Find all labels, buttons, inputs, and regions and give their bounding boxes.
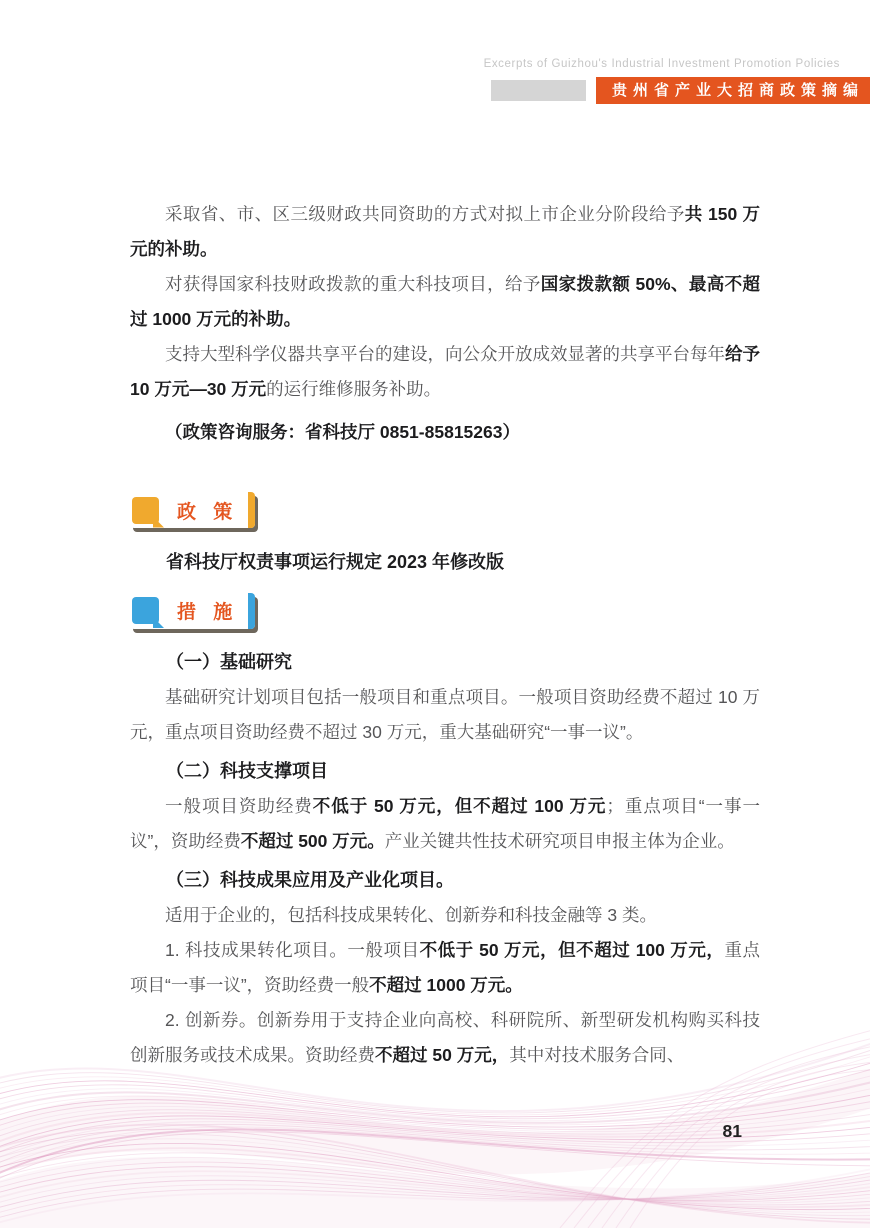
section-2-paragraph: 一般项目资助经费不低于 50 万元，但不超过 100 万元；重点项目“一事一议”… (130, 789, 760, 859)
tag-bar-decoration (248, 593, 255, 629)
measures-tag: 措 施 (130, 593, 255, 629)
paragraph-national-grant: 对获得国家科技财政拨款的重大科技项目，给予国家拨款额 50%、最高不超过 100… (130, 267, 760, 337)
section-3-paragraph-2: 1. 科技成果转化项目。一般项目不低于 50 万元，但不超过 100 万元，重点… (130, 933, 760, 1003)
measures-tag-label: 措 施 (159, 597, 248, 624)
document-body: 采取省、市、区三级财政共同资助的方式对拟上市企业分阶段给予共 150 万元的补助… (0, 0, 870, 1073)
section-heading-2: （二）科技支撑项目 (130, 754, 760, 789)
page-number: 81 (723, 1121, 742, 1142)
paragraph-instrument-platform: 支持大型科学仪器共享平台的建设，向公众开放成效显著的共享平台每年给予 10 万元… (130, 337, 760, 407)
section-3-paragraph-1: 适用于企业的，包括科技成果转化、创新券和科技金融等 3 类。 (130, 898, 760, 933)
section-3-paragraph-3: 2. 创新券。创新券用于支持企业向高校、科研院所、新型研发机构购买科技创新服务或… (130, 1003, 760, 1073)
policy-tag-label: 政 策 (159, 497, 248, 524)
tag-square-icon (132, 597, 159, 624)
tag-square-icon (132, 497, 159, 524)
section-1-paragraph: 基础研究计划项目包括一般项目和重点项目。一般项目资助经费不超过 10 万元，重点… (130, 680, 760, 750)
section-heading-3: （三）科技成果应用及产业化项目。 (130, 863, 760, 898)
section-heading-1: （一）基础研究 (130, 645, 760, 680)
contact-line: （政策咨询服务：省科技厅 0851-85815263） (130, 415, 760, 450)
paragraph-listing-subsidy: 采取省、市、区三级财政共同资助的方式对拟上市企业分阶段给予共 150 万元的补助… (130, 197, 760, 267)
policy-tag: 政 策 (130, 492, 255, 528)
policy-document-title: 省科技厅权责事项运行规定 2023 年修改版 (130, 545, 760, 580)
tag-bar-decoration (248, 492, 255, 528)
